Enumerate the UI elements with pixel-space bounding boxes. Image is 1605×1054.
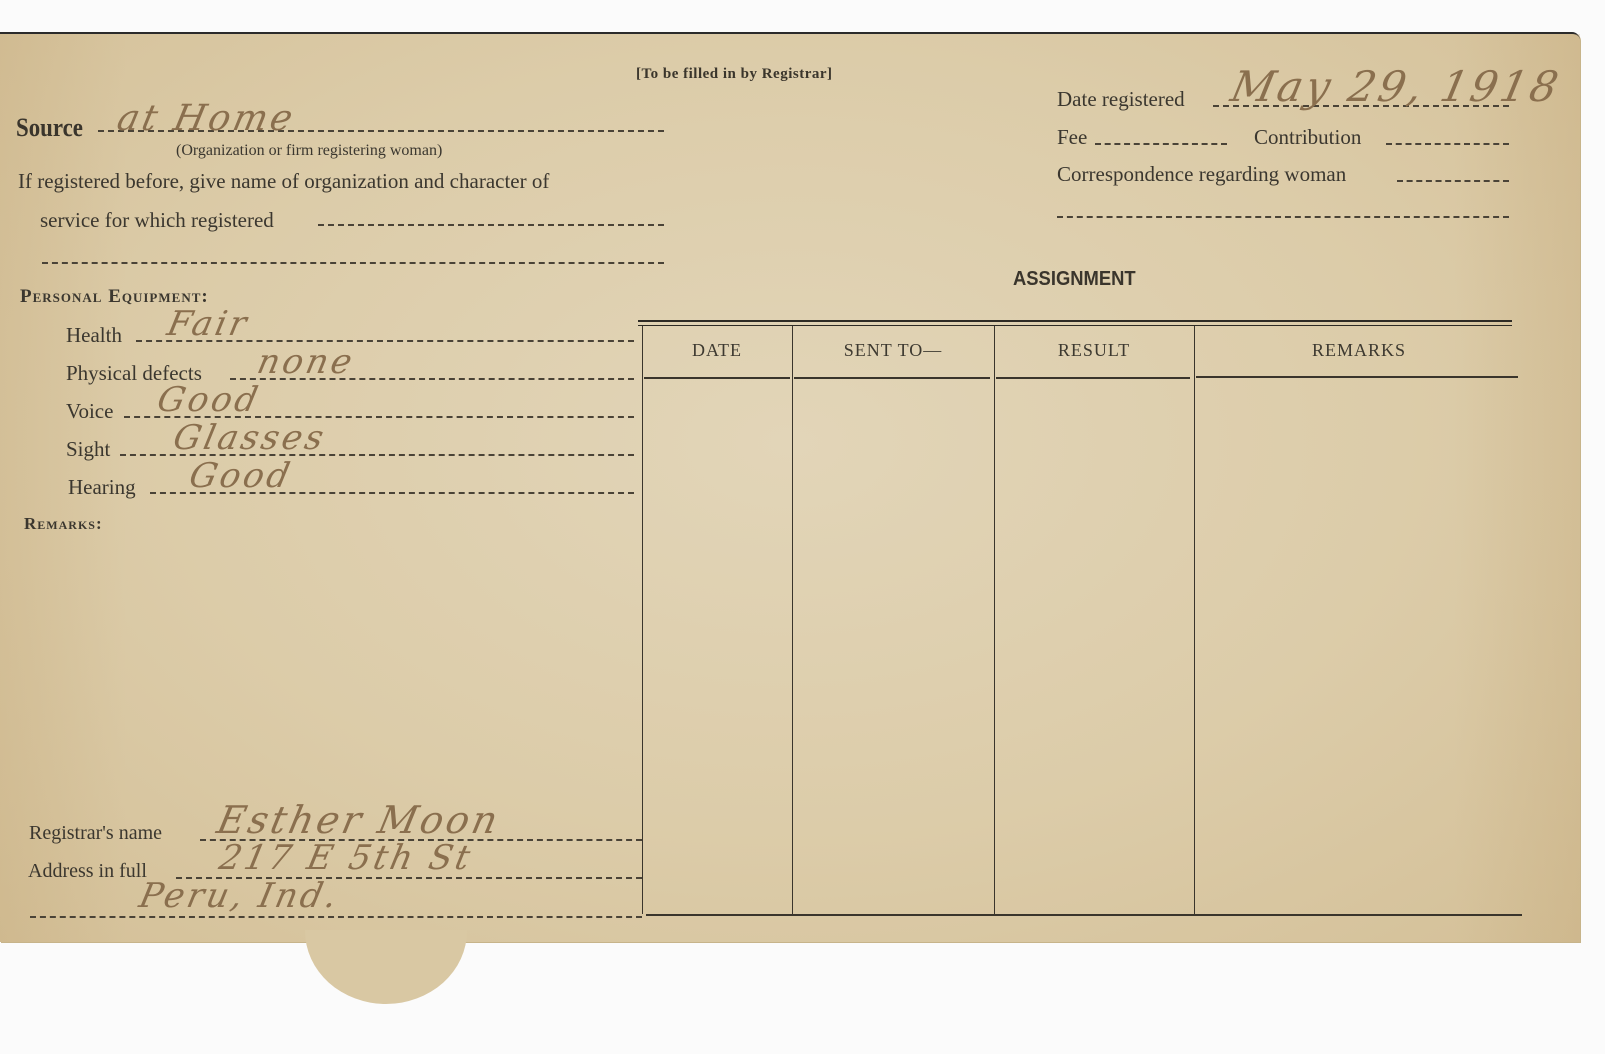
date-registered-label: Date registered: [1057, 87, 1185, 112]
assignment-cell-date[interactable]: [643, 380, 791, 912]
registered-before-label-2: service for which registered: [40, 208, 274, 233]
address-label: Address in full: [28, 860, 147, 883]
table-top-rule-2: [638, 325, 1512, 326]
registrar-note: [To be filled in by Registrar]: [636, 66, 833, 83]
column-header-result: RESULT: [994, 340, 1194, 361]
fee-label: Fee: [1057, 125, 1087, 150]
source-value[interactable]: at Home: [114, 98, 300, 139]
card-filing-tab: [305, 930, 467, 1004]
remarks-label: Remarks:: [24, 514, 103, 534]
health-label: Health: [66, 323, 122, 348]
source-caption: (Organization or firm registering woman): [176, 142, 442, 160]
sight-label: Sight: [66, 437, 110, 462]
assignment-cell-sent-to[interactable]: [793, 380, 993, 912]
column-header-sent-to: SENT TO—: [792, 340, 994, 361]
registered-before-line-2[interactable]: [42, 262, 664, 264]
assignment-cell-result[interactable]: [995, 380, 1193, 912]
column-header-date: DATE: [642, 340, 792, 361]
registrar-name-label: Registrar's name: [29, 822, 162, 845]
header-underline-remarks: [1196, 376, 1518, 378]
address-value-line1[interactable]: 217 E 5th St: [216, 838, 477, 878]
correspondence-line[interactable]: [1397, 180, 1509, 182]
header-underline-date: [644, 377, 790, 379]
voice-value[interactable]: Good: [154, 380, 264, 420]
header-underline-sent-to: [794, 377, 990, 379]
hearing-label: Hearing: [68, 475, 136, 500]
table-bottom-rule: [646, 914, 1522, 916]
contribution-line[interactable]: [1386, 143, 1509, 145]
registered-before-line[interactable]: [318, 224, 664, 226]
table-top-rule: [638, 320, 1512, 322]
fee-line[interactable]: [1095, 143, 1227, 145]
address-line-2: [30, 916, 642, 918]
date-registered-value[interactable]: May 29, 1918: [1227, 62, 1566, 111]
correspondence-label: Correspondence regarding woman: [1057, 162, 1346, 187]
column-header-remarks: REMARKS: [1194, 340, 1524, 361]
registrar-name-value[interactable]: Esther Moon: [213, 798, 504, 842]
assignment-cell-remarks[interactable]: [1195, 380, 1520, 912]
source-label: Source: [16, 113, 83, 143]
assignment-title: ASSIGNMENT: [1013, 268, 1136, 291]
correspondence-line-2[interactable]: [1057, 216, 1509, 218]
sight-value[interactable]: Glasses: [170, 418, 330, 458]
physical-defects-value[interactable]: none: [254, 342, 359, 382]
health-value[interactable]: Fair: [164, 304, 253, 344]
hearing-value[interactable]: Good: [186, 456, 296, 496]
address-value-line2[interactable]: Peru, Ind.: [136, 876, 344, 916]
registered-before-label: If registered before, give name of organ…: [18, 169, 549, 194]
contribution-label: Contribution: [1254, 125, 1361, 150]
voice-label: Voice: [66, 399, 113, 424]
header-underline-result: [996, 377, 1190, 379]
